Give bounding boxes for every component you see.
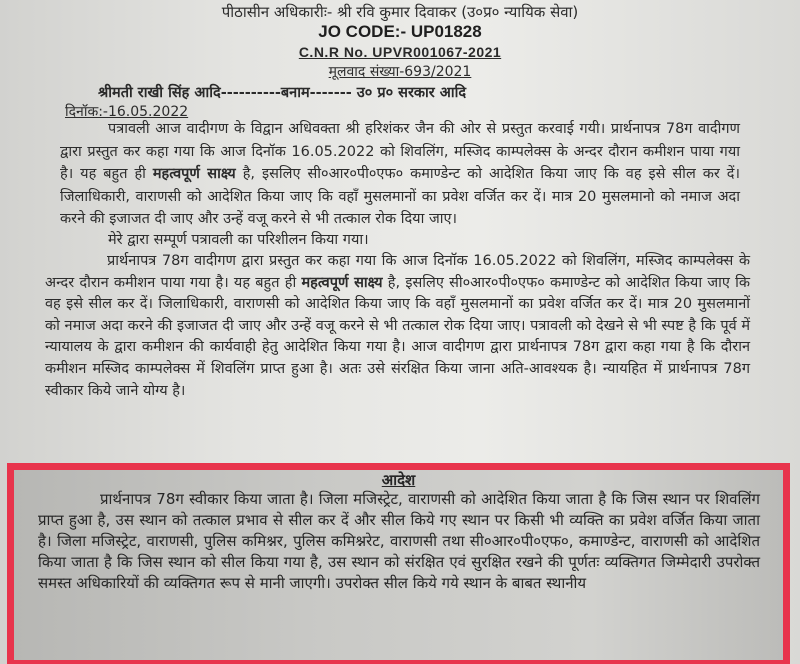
order-title: आदेश [14, 470, 783, 490]
jo-code: JO CODE:- UP01828 [0, 22, 800, 42]
bold-evidence-phrase: महत्वपूर्ण साक्ष्य [153, 166, 236, 182]
paragraph-perusal: मेरे द्वारा सम्पूर्ण पत्रावली का परिशीलन… [60, 229, 740, 252]
bold-evidence-phrase: महत्वपूर्ण साक्ष्य [301, 275, 382, 291]
order-text: प्रार्थनापत्र 78ग स्वीकार किया जाता है। … [38, 489, 760, 594]
highlighted-order-box: आदेश प्रार्थनापत्र 78ग स्वीकार किया जाता… [7, 463, 790, 664]
text-run: है, इसलिए सी०आर०पी०एफ० कमाण्डेन्ट को आदे… [45, 275, 750, 399]
presiding-officer: पीठासीन अधिकारीः- श्री रवि कुमार दिवाकर … [0, 2, 800, 22]
case-parties: श्रीमती राखी सिंह आदि----------बनाम-----… [98, 82, 466, 102]
paragraph-court-findings: प्रार्थनापत्र 78ग वादीगण द्वारा प्रस्तुत… [45, 251, 750, 402]
court-order-document: पीठासीन अधिकारीः- श्री रवि कुमार दिवाकर … [0, 0, 800, 664]
cnr-number: C.N.R No. UPVR001067-2021 [0, 44, 800, 60]
paragraph-applicant-submission: पत्रावली आज वादीगण के विद्वान अधिवक्ता श… [60, 118, 740, 231]
suit-number: मूलवाद संख्या-693/2021 [0, 62, 800, 81]
